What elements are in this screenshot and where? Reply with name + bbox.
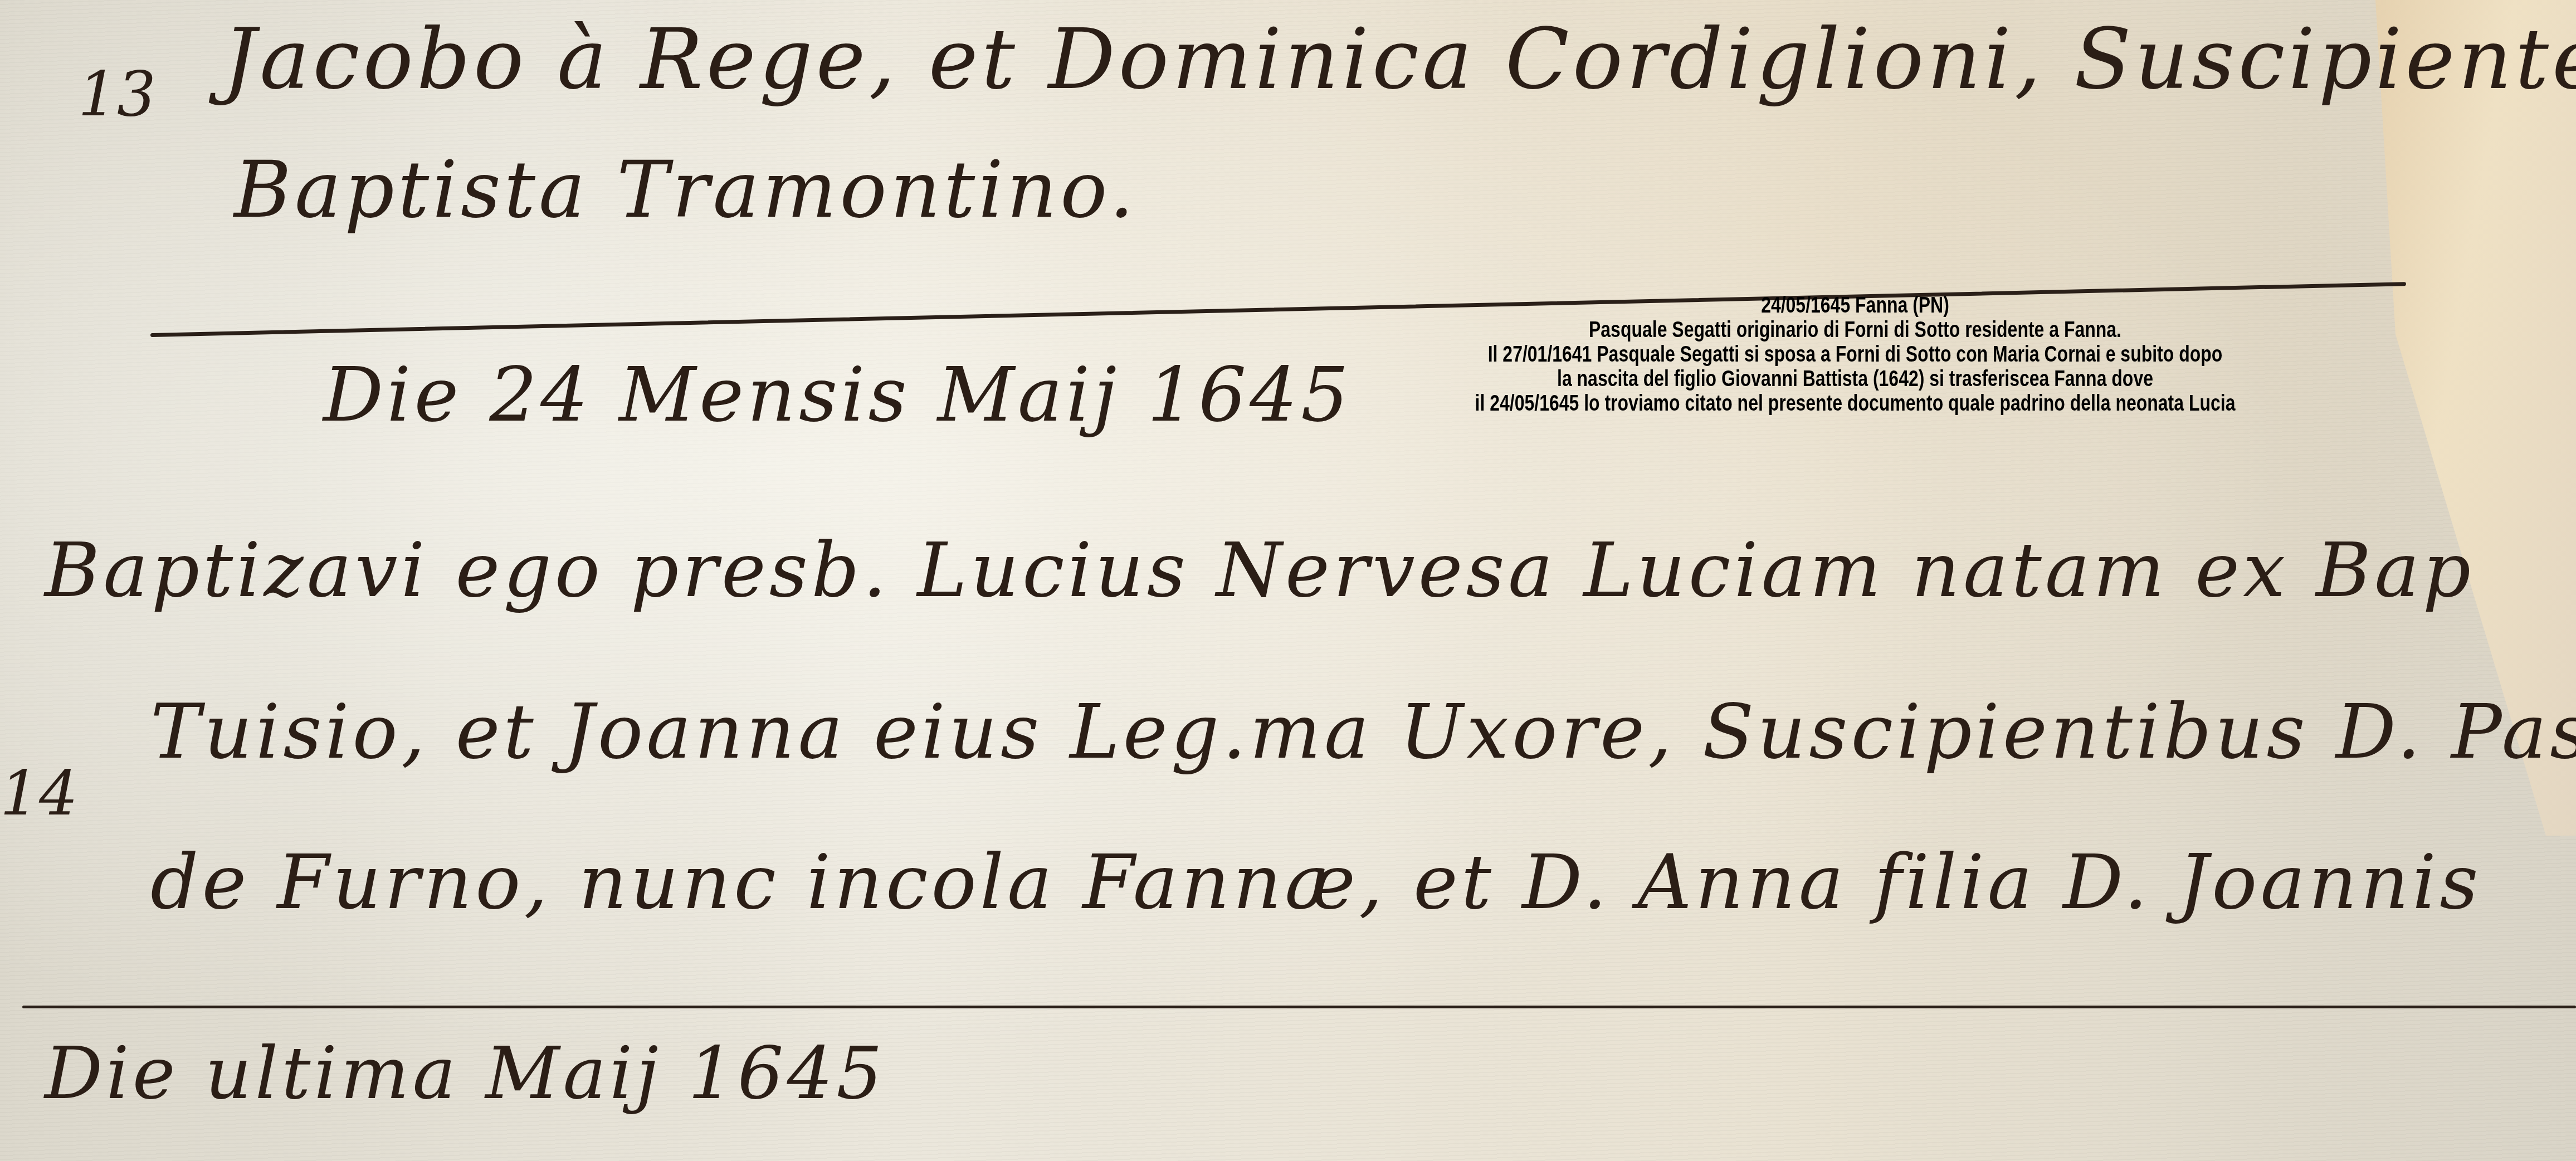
margin-number-14: 14 [0, 758, 78, 829]
annotation-overlay: 24/05/1645 Fanna (PN) Pasquale Segatti o… [1442, 292, 2268, 415]
register-page: 13 Jacobo à Rege, et Dominica Cordiglion… [0, 0, 2576, 1161]
annotation-line-2: Pasquale Segatti originario di Forni di … [1442, 317, 2268, 342]
annotation-line-1: 24/05/1645 Fanna (PN) [1442, 292, 2268, 317]
separator-line-2 [22, 1006, 2576, 1008]
annotation-line-3: Il 27/01/1641 Pasquale Segatti si sposa … [1442, 342, 2268, 366]
entry-15-date-heading: Die ultima Maij 1645 [45, 1031, 886, 1115]
annotation-line-4: la nascita del figlio Giovanni Battista … [1442, 366, 2268, 391]
entry-14-line-3: de Furno, nunc incola Fannæ, et D. Anna … [150, 838, 2481, 926]
entry-14-date-heading: Die 24 Mensis Maij 1645 [323, 351, 1352, 438]
entry-14-line-1: Baptizavi ego presb. Lucius Nervesa Luci… [45, 526, 2474, 614]
entry-13-line-1: Jacobo à Rege, et Dominica Cordiglioni, … [223, 11, 2576, 108]
entry-14-line-2: Tuisio, et Joanna eius Leg.ma Uxore, Sus… [150, 688, 2576, 775]
margin-number-13: 13 [78, 58, 156, 130]
annotation-line-5: il 24/05/1645 lo troviamo citato nel pre… [1442, 391, 2268, 415]
entry-13-line-2: Baptista Tramontino. [234, 145, 1138, 236]
